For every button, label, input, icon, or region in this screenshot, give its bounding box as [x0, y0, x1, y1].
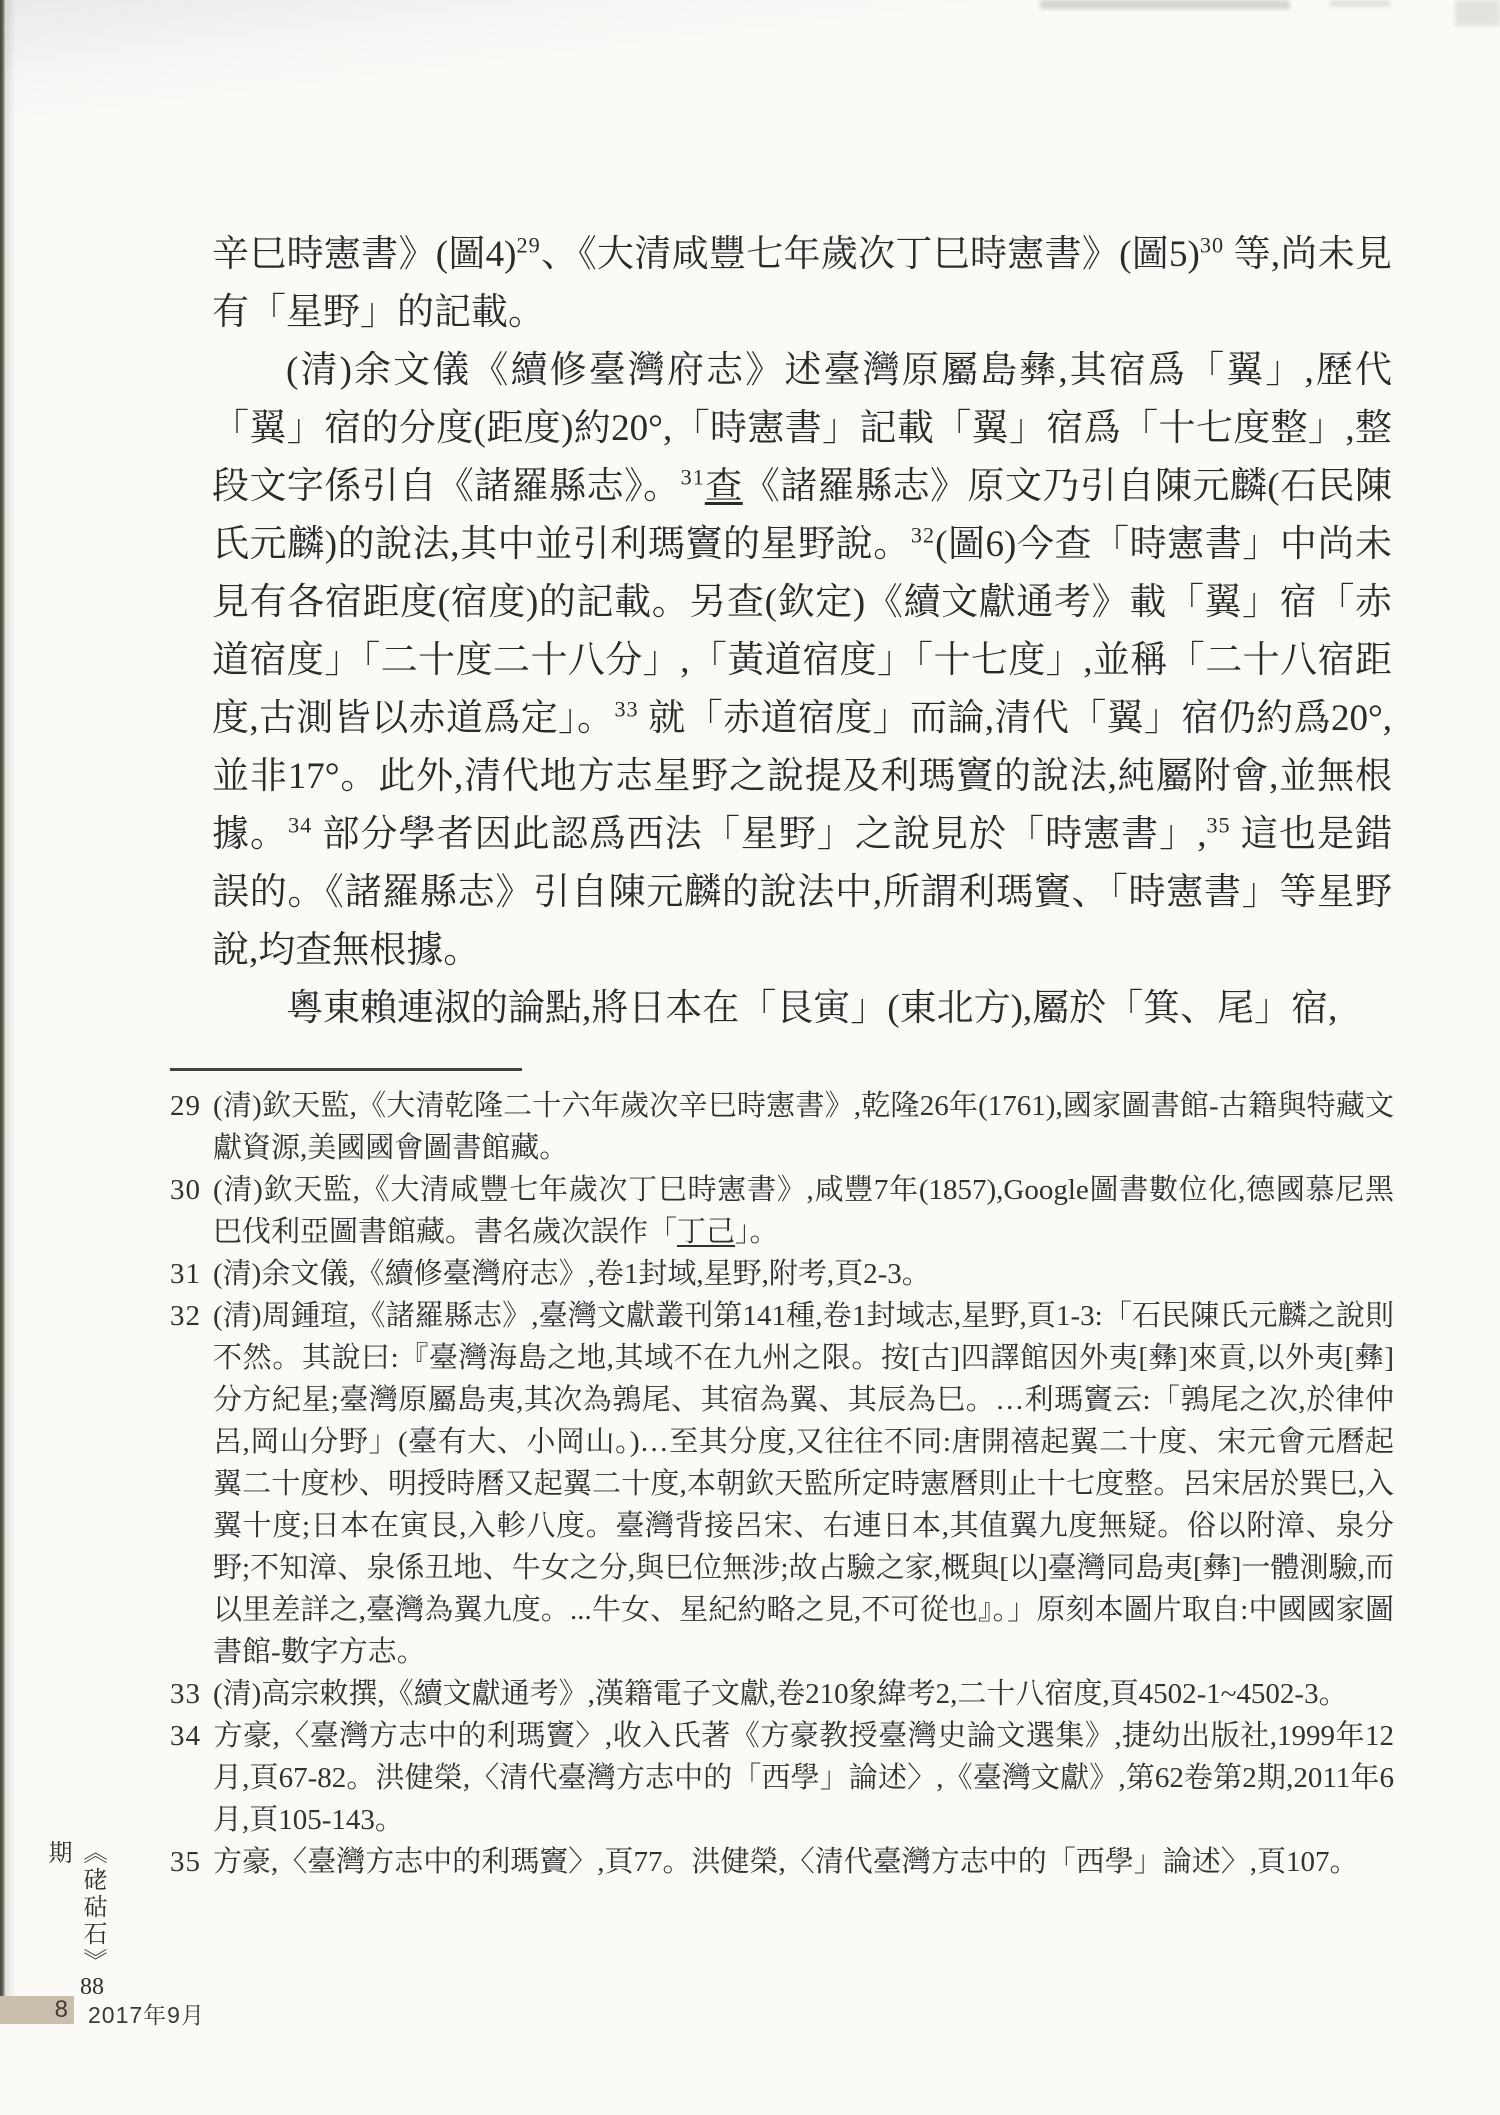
- issue-suffix: 期: [44, 1840, 70, 1867]
- text-run: (清)高宗敕撰,《續文獻通考》,漢籍電子文獻,卷210象緯考2,二十八宿度,頁4…: [213, 1678, 1348, 1710]
- text-run: 部分學者因此認爲西法「星野」之說見於「時憲書」,: [312, 814, 1206, 855]
- body-paragraph: 粵東賴連淑的論點,將日本在「艮寅」(東北方),屬於「箕、尾」宿,: [212, 980, 1392, 1038]
- scan-ghost-mark: [1455, 0, 1500, 26]
- footnote-ref: 35: [1206, 813, 1230, 838]
- issue-date: 2017年9月: [88, 1997, 205, 2030]
- footnote-ref: 31: [681, 465, 705, 490]
- footnote-ref: 29: [516, 233, 540, 258]
- text-run: (清)余文儀,《續修臺灣府志》,卷1封域,星野,附考,頁2-3。: [213, 1258, 931, 1290]
- footnote-ref: 34: [288, 813, 312, 838]
- footnote-number: 35: [170, 1841, 213, 1883]
- footnote-number: 30: [170, 1169, 213, 1211]
- text-run: (清)欽天監,《大清乾隆二十六年歲次辛巳時憲書》,乾隆26年(1761),國家圖…: [213, 1090, 1394, 1164]
- text-run: 粵東賴連淑的論點,將日本在「艮寅」(東北方),屬於「箕、尾」宿,: [286, 988, 1337, 1029]
- text-run: (清)周鍾瑄,《諸羅縣志》,臺灣文獻叢刊第141種,卷1封域志,星野,頁1-3:…: [213, 1300, 1394, 1668]
- issue-number: 88: [79, 1975, 105, 1999]
- page-number: 8: [55, 1996, 68, 2024]
- footnote: 35方豪,〈臺灣方志中的利瑪竇〉,頁77。洪健榮,〈清代臺灣方志中的「西學」論述…: [170, 1841, 1394, 1883]
- footnotes-section: 29(清)欽天監,《大清乾隆二十六年歲次辛巳時憲書》,乾隆26年(1761),國…: [170, 1085, 1394, 1883]
- text-run: 、《大清咸豐七年歲次丁巳時憲書》(圖5): [541, 234, 1200, 275]
- journal-title-vertical: 《硓𥑮石》88期: [40, 1840, 110, 2010]
- scanned-journal-page: 辛巳時憲書》(圖4)29、《大清咸豐七年歲次丁巳時憲書》(圖5)30 等,尚未見…: [0, 0, 1500, 2115]
- body-paragraph: 辛巳時憲書》(圖4)29、《大清咸豐七年歲次丁巳時憲書》(圖5)30 等,尚未見…: [212, 226, 1392, 342]
- footnote-ref: 33: [614, 697, 638, 722]
- footnote-number: 31: [170, 1253, 213, 1295]
- text-run: 方豪,〈臺灣方志中的利瑪竇〉,收入氏著《方豪教授臺灣史論文選集》,捷幼出版社,1…: [213, 1720, 1394, 1836]
- footnote: 30(清)欽天監,《大清咸豐七年歲次丁巳時憲書》,咸豐7年(1857),Goog…: [170, 1169, 1394, 1253]
- page-binding-shadow: [6, 0, 16, 2000]
- scan-top-shadow: [0, 0, 1500, 130]
- footnote: 33(清)高宗敕撰,《續文獻通考》,漢籍電子文獻,卷210象緯考2,二十八宿度,…: [170, 1673, 1394, 1715]
- footnote: 34方豪,〈臺灣方志中的利瑪竇〉,收入氏著《方豪教授臺灣史論文選集》,捷幼出版社…: [170, 1715, 1394, 1841]
- footnote-separator: [170, 1068, 522, 1071]
- footnote: 31(清)余文儀,《續修臺灣府志》,卷1封域,星野,附考,頁2-3。: [170, 1253, 1394, 1295]
- body-paragraph: (清)余文儀《續修臺灣府志》述臺灣原屬島彝,其宿爲「翼」,歷代「翼」宿的分度(距…: [212, 342, 1392, 980]
- article-body: 辛巳時憲書》(圖4)29、《大清咸豐七年歲次丁巳時憲書》(圖5)30 等,尚未見…: [212, 226, 1392, 1038]
- footnote-number: 33: [170, 1673, 213, 1715]
- page-number-bar: 8: [0, 1996, 74, 2024]
- scan-ghost-mark: [1040, 0, 1290, 9]
- underlined-text: 查: [705, 466, 743, 507]
- journal-title: 《硓𥑮石》: [79, 1840, 105, 1975]
- text-run: (清)欽天監,《大清咸豐七年歲次丁巳時憲書》,咸豐7年(1857),Google…: [213, 1174, 1394, 1248]
- footnote: 29(清)欽天監,《大清乾隆二十六年歲次辛巳時憲書》,乾隆26年(1761),國…: [170, 1085, 1394, 1169]
- footnote-ref: 32: [911, 523, 935, 548]
- scan-ghost-mark: [1330, 0, 1390, 7]
- text-run: 」。: [735, 1216, 779, 1248]
- text-run: 辛巳時憲書》(圖4): [212, 234, 516, 275]
- footnote-number: 34: [170, 1715, 213, 1757]
- footnote-number: 29: [170, 1085, 213, 1127]
- footnote: 32(清)周鍾瑄,《諸羅縣志》,臺灣文獻叢刊第141種,卷1封域志,星野,頁1-…: [170, 1295, 1394, 1673]
- text-run: 方豪,〈臺灣方志中的利瑪竇〉,頁77。洪健榮,〈清代臺灣方志中的「西學」論述〉,…: [213, 1846, 1359, 1878]
- underlined-text: 丁己: [677, 1216, 735, 1248]
- footnote-ref: 30: [1200, 233, 1224, 258]
- footnote-number: 32: [170, 1295, 213, 1337]
